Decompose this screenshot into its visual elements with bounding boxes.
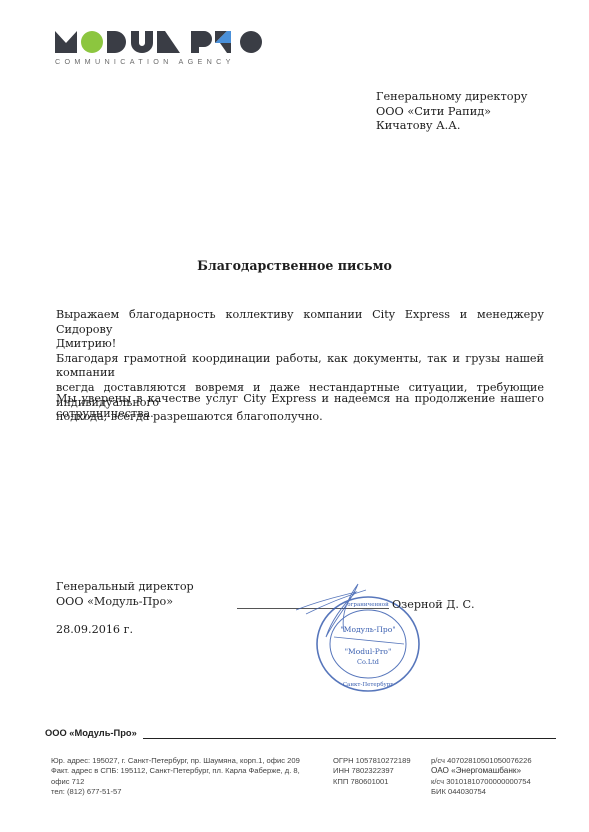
footer-bank: р/сч 40702810501050076226 ОАО «Энергомаш…	[431, 756, 532, 797]
modul-pro-logo-icon	[55, 29, 265, 53]
paragraph-line: Выражаем благодарность коллективу компан…	[56, 308, 544, 337]
addressee-block: Генеральному директору ООО «Сити Рапид» …	[376, 90, 527, 134]
addressee-name: Кичатову А.А.	[376, 119, 527, 134]
paragraph-line: Мы уверены в качестве услуг City Express…	[56, 392, 544, 407]
correspondent-account: к/сч 30101810700000000754	[431, 777, 532, 787]
bik: БИК 044030754	[431, 787, 532, 797]
signature-block: Генеральный директор ООО «Модуль-Про»	[56, 580, 194, 609]
inn: ИНН 7802322397	[333, 766, 411, 776]
footer-address: Юр. адрес: 195027, г. Санкт-Петербург, п…	[51, 756, 300, 797]
paragraph-line: Дмитрию!	[56, 337, 544, 352]
paragraph-line: Благодаря грамотной координации работы, …	[56, 352, 544, 381]
signatory-company: ООО «Модуль-Про»	[56, 595, 194, 610]
svg-text:Co.Ltd: Co.Ltd	[357, 658, 379, 666]
svg-text:"Модуль-Про": "Модуль-Про"	[340, 625, 395, 634]
phone: тел: (812) 677-51-57	[51, 787, 300, 797]
addressee-position: Генеральному директору	[376, 90, 527, 105]
legal-address: Юр. адрес: 195027, г. Санкт-Петербург, п…	[51, 756, 300, 766]
company-logo: COMMUNICATION AGENCY	[55, 29, 265, 69]
svg-text:ограниченной: ограниченной	[347, 602, 389, 608]
signatory-position: Генеральный директор	[56, 580, 194, 595]
actual-address: Факт. адрес в СПБ: 195112, Санкт-Петербу…	[51, 766, 300, 776]
kpp: КПП 780601001	[333, 777, 411, 787]
ogrn: ОГРН 1057810272189	[333, 756, 411, 766]
letter-title: Благодарственное письмо	[0, 258, 589, 273]
logo-wordmark	[55, 29, 265, 53]
signer-name: Озерной Д. С.	[392, 598, 475, 611]
footer-divider	[143, 738, 556, 739]
logo-tagline: COMMUNICATION AGENCY	[55, 57, 265, 66]
settlement-account: р/сч 40702810501050076226	[431, 756, 532, 766]
addressee-company: ООО «Сити Рапид»	[376, 105, 527, 120]
svg-text:"Modul-Pro": "Modul-Pro"	[345, 647, 392, 656]
paragraph-line: сотрудничества.	[56, 407, 544, 422]
footer-registration: ОГРН 1057810272189 ИНН 7802322397 КПП 78…	[333, 756, 411, 787]
letter-paragraph-2: Мы уверены в качестве услуг City Express…	[56, 392, 544, 421]
footer-company: ООО «Модуль-Про»	[45, 728, 137, 738]
bank-name: ОАО «Энергомашбанк»	[431, 766, 532, 776]
letter-date: 28.09.2016 г.	[56, 623, 133, 636]
svg-text:Санкт-Петербург: Санкт-Петербург	[343, 681, 393, 688]
actual-address-office: офис 712	[51, 777, 300, 787]
